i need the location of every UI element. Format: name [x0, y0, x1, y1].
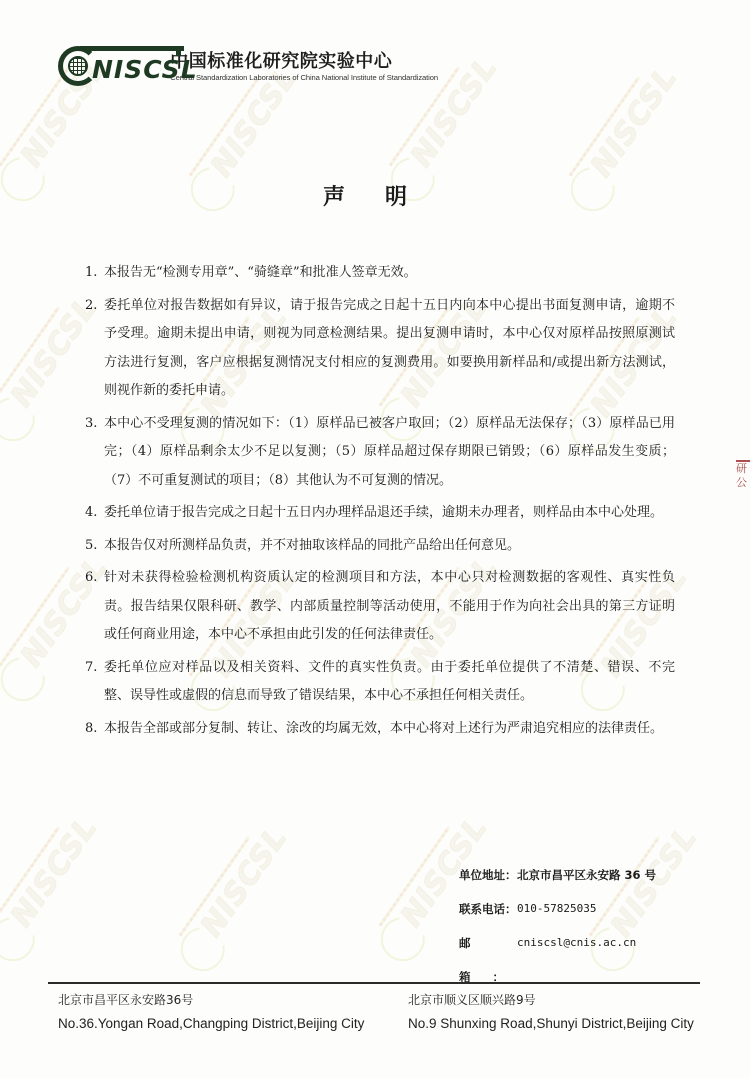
clause-number: 2. [85, 292, 104, 406]
clause-text: 本报告仅对所测样品负责，并不对抽取该样品的同批产品给出任何意见。 [104, 532, 675, 561]
phone-label: 联系电话： [459, 892, 517, 926]
footer-address-cn: 北京市昌平区永安路36号 [58, 990, 364, 1014]
clause-text: 委托单位请于报告完成之日起十五日内办理样品退还手续，逾期未办理者，则样品由本中心… [104, 499, 675, 528]
clause-number: 5. [85, 532, 104, 561]
watermark-logo: NISCSL [157, 821, 292, 978]
footer-address-shunyi: 北京市顺义区顺兴路9号 No.9 Shunxing Road,Shunyi Di… [408, 990, 694, 1034]
clause-item: 2. 委托单位对报告数据如有异议，请于报告完成之日起十五日内向本中心提出书面复测… [85, 292, 675, 406]
clause-item: 7. 委托单位应对样品以及相关资料、文件的真实性负责。由于委托单位提供了不清楚、… [85, 654, 675, 711]
contact-info: 单位地址： 北京市昌平区永安路 36 号 联系电话： 010-57825035 … [459, 858, 656, 994]
org-name-cn: 中国标准化研究院实验中心 [170, 51, 438, 73]
page-title: 声明 [0, 180, 750, 211]
address-label: 单位地址： [459, 858, 517, 892]
clause-text: 本报告无“检测专用章”、“骑缝章”和批准人签章无效。 [104, 259, 675, 288]
footer-address-cn: 北京市顺义区顺兴路9号 [408, 990, 694, 1014]
phone-value: 010-57825035 [517, 892, 596, 926]
clause-item: 3. 本中心不受理复测的情况如下：（1）原样品已被客户取回；（2）原样品无法保存… [85, 410, 675, 496]
clause-text: 委托单位对报告数据如有异议，请于报告完成之日起十五日内向本中心提出书面复测申请，… [104, 292, 675, 406]
letterhead: NISCSL 中国标准化研究院实验中心 Central Standardizat… [58, 42, 438, 92]
statement-clauses: 1. 本报告无“检测专用章”、“骑缝章”和批准人签章无效。 2. 委托单位对报告… [85, 259, 675, 747]
watermark-logo: NISCSL [0, 811, 103, 968]
clause-item: 1. 本报告无“检测专用章”、“骑缝章”和批准人签章无效。 [85, 259, 675, 288]
footer-address-en: No.36.Yongan Road,Changping District,Bei… [58, 1014, 364, 1034]
clause-number: 8. [85, 715, 104, 744]
clause-text: 委托单位应对样品以及相关资料、文件的真实性负责。由于委托单位提供了不清楚、错误、… [104, 654, 675, 711]
footer-address-changping: 北京市昌平区永安路36号 No.36.Yongan Road,Changping… [58, 990, 364, 1034]
organization-name: 中国标准化研究院实验中心 Central Standardization Lab… [170, 51, 438, 83]
clause-text: 针对未获得检验检测机构资质认定的检测项目和方法，本中心只对检测数据的客观性、真实… [104, 564, 675, 650]
seal-stamp-fragment: 研 公 [736, 460, 750, 506]
niscsl-logo: NISCSL [58, 42, 166, 92]
logo-text: NISCSL [92, 56, 198, 84]
globe-icon [68, 56, 88, 76]
clause-number: 4. [85, 499, 104, 528]
clause-item: 4. 委托单位请于报告完成之日起十五日内办理样品退还手续，逾期未办理者，则样品由… [85, 499, 675, 528]
address-row: 单位地址： 北京市昌平区永安路 36 号 [459, 858, 656, 892]
clause-text: 本报告全部或部分复制、转让、涂改的均属无效，本中心将对上述行为严肃追究相应的法律… [104, 715, 675, 744]
clause-number: 6. [85, 564, 104, 650]
phone-row: 联系电话： 010-57825035 [459, 892, 656, 926]
footer-address-en: No.9 Shunxing Road,Shunyi District,Beiji… [408, 1014, 694, 1034]
footer-divider [48, 982, 700, 984]
address-value: 北京市昌平区永安路 36 号 [517, 858, 656, 892]
clause-item: 5. 本报告仅对所测样品负责，并不对抽取该样品的同批产品给出任何意见。 [85, 532, 675, 561]
clause-number: 7. [85, 654, 104, 711]
clause-number: 3. [85, 410, 104, 496]
clause-item: 8. 本报告全部或部分复制、转让、涂改的均属无效，本中心将对上述行为严肃追究相应… [85, 715, 675, 744]
clause-item: 6. 针对未获得检验检测机构资质认定的检测项目和方法，本中心只对检测数据的客观性… [85, 564, 675, 650]
clause-number: 1. [85, 259, 104, 288]
org-name-en: Central Standardization Laboratories of … [170, 73, 438, 83]
clause-text: 本中心不受理复测的情况如下：（1）原样品已被客户取回；（2）原样品无法保存；（3… [104, 410, 675, 496]
